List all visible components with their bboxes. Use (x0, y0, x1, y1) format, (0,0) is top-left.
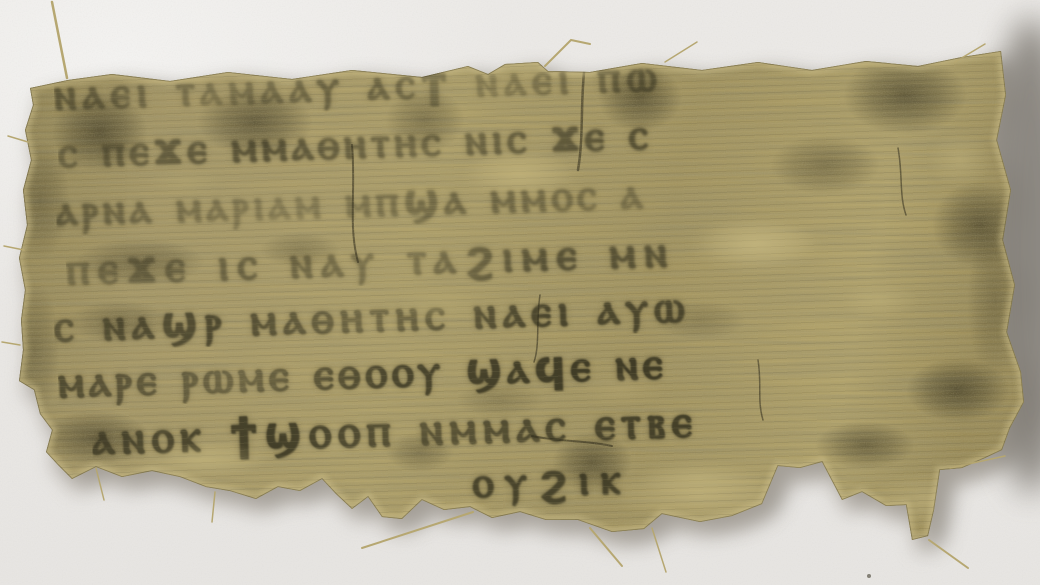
papyrus-scene (0, 0, 1040, 585)
dust-speck (867, 574, 871, 578)
photo-of-papyrus-fragment: ⲛⲁⲉⲓ ⲧⲁⲙⲁⲁⲩ ⲁⲥϯ ⲛⲁⲉⲓ ⲡⲱ ⲥ ⲡⲉϫⲉ ⲙⲙⲁⲑⲏⲧⲏⲥ … (0, 0, 1040, 585)
